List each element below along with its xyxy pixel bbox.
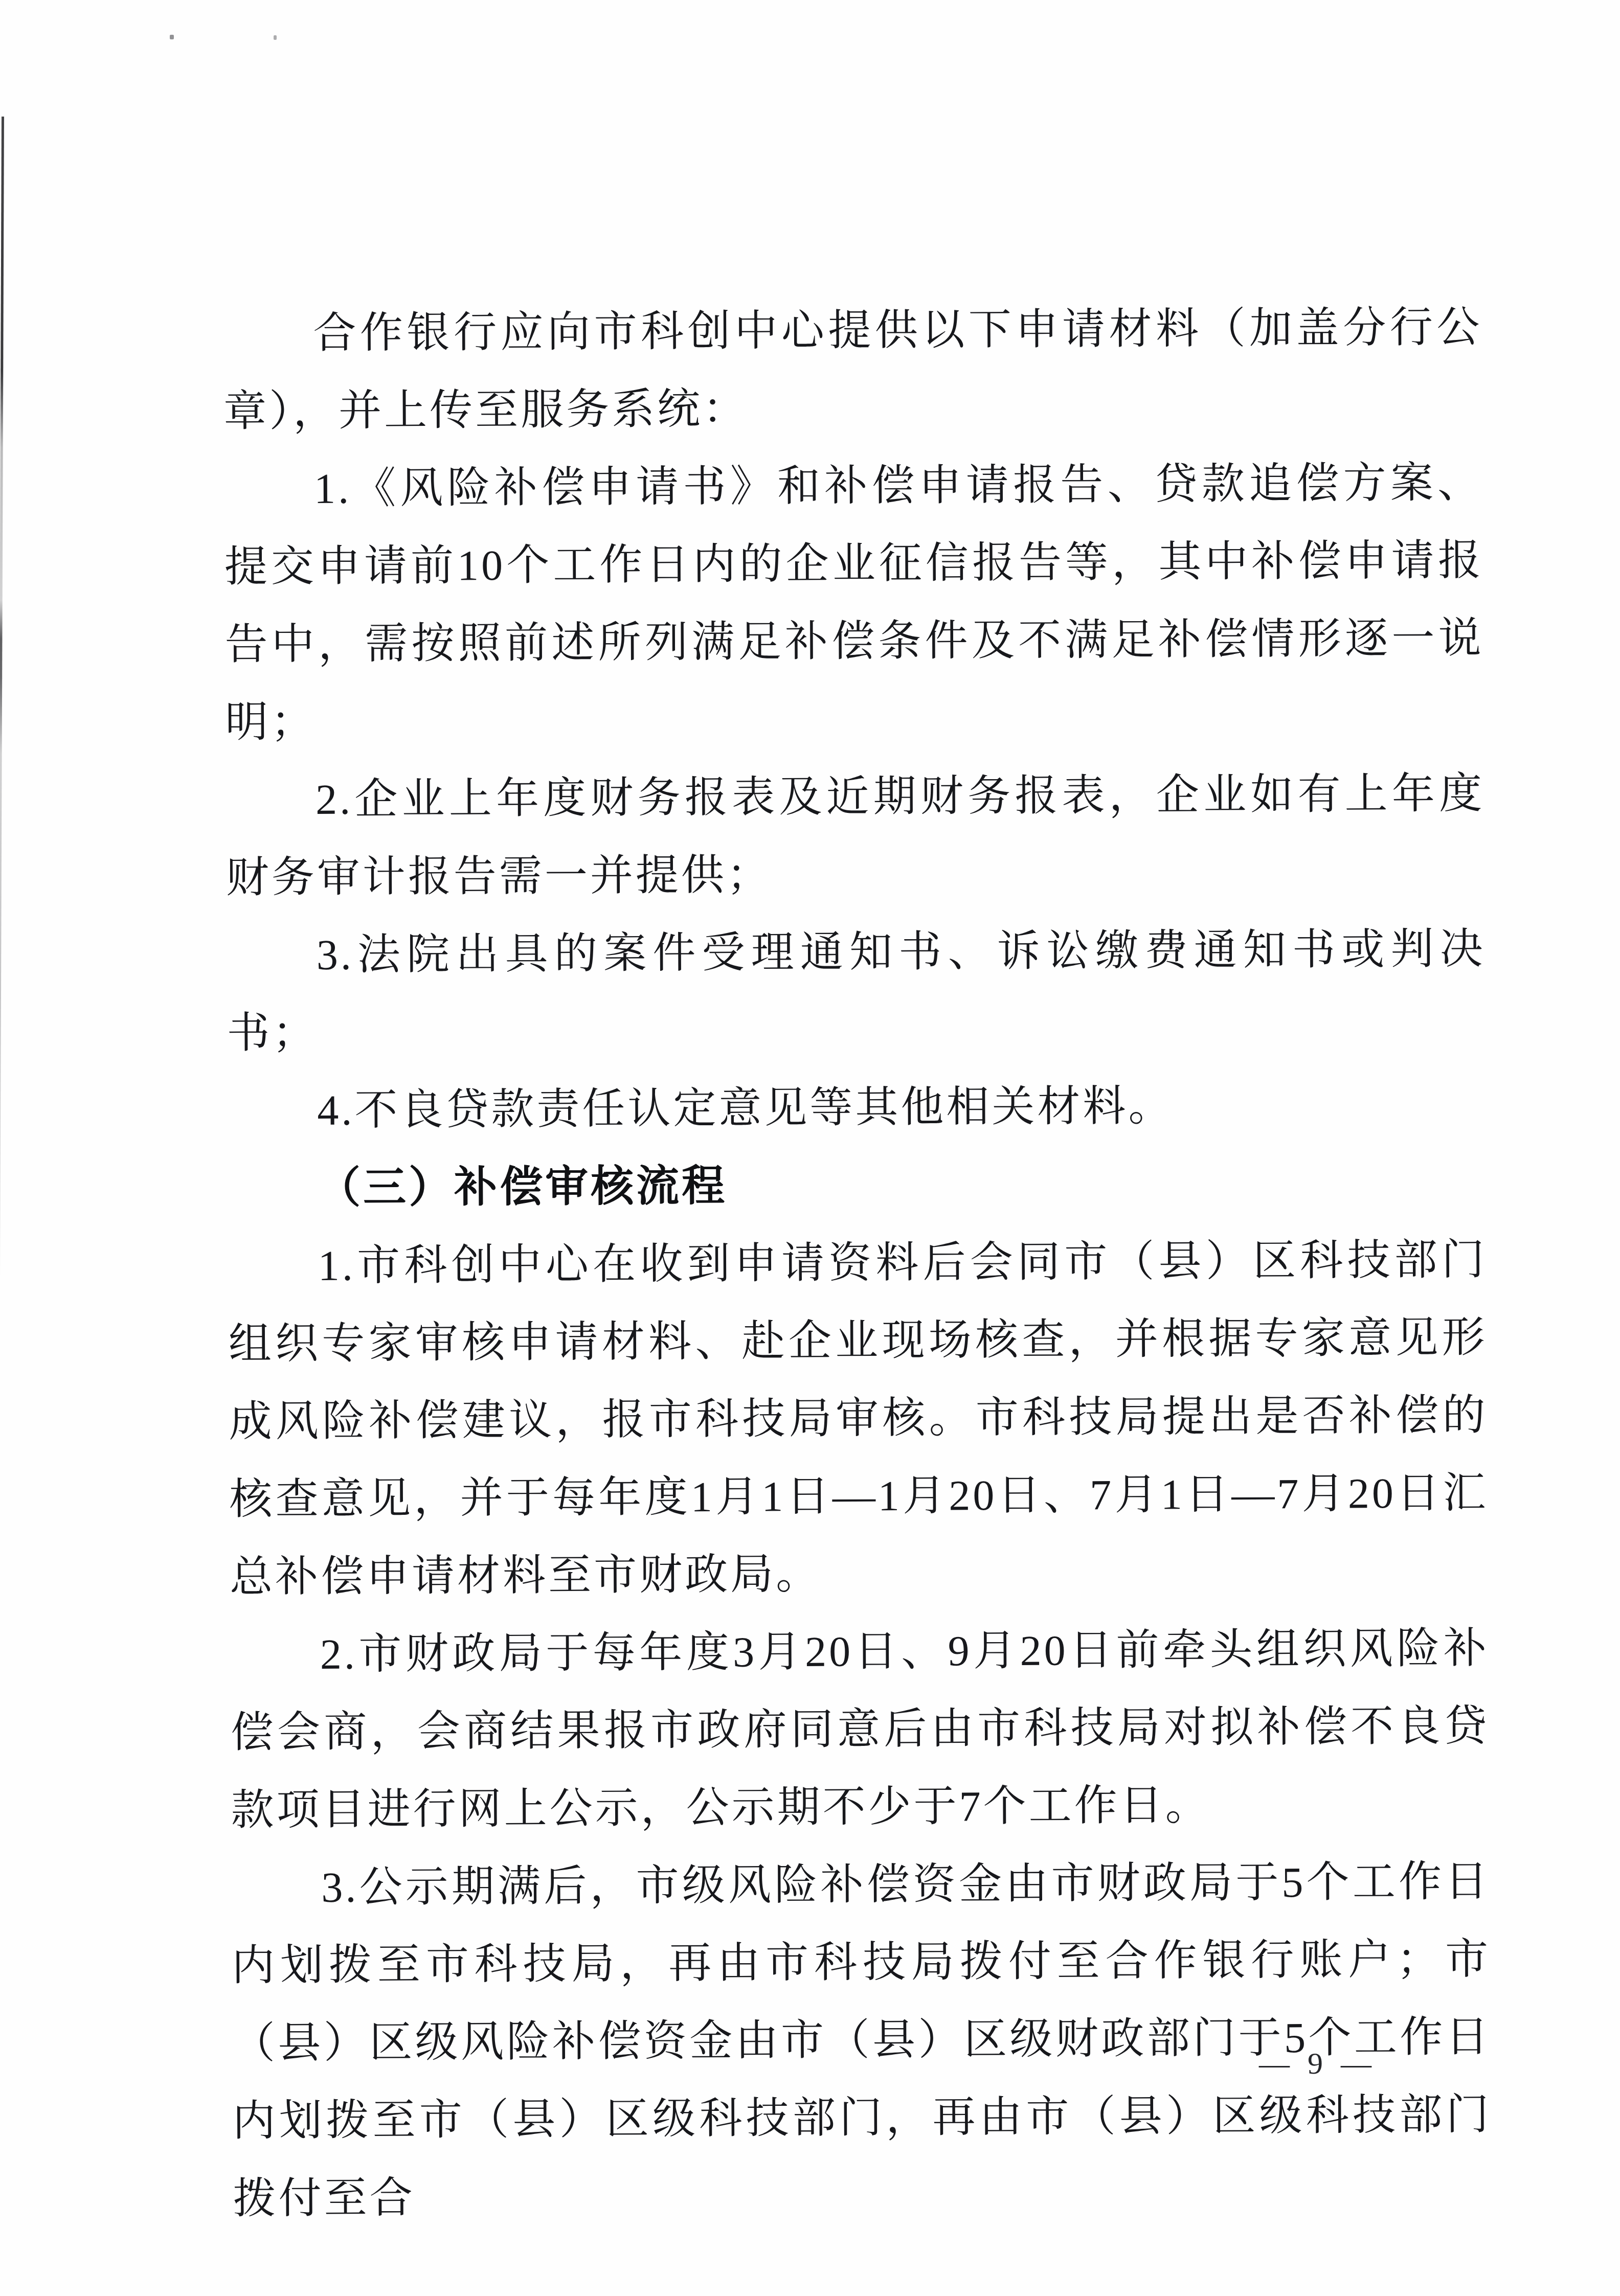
scan-speck-artifact <box>274 35 277 40</box>
scan-speck-artifact <box>170 35 174 39</box>
process-step-1: 1.市科创中心在收到申请资料后会同市（县）区科技部门组织专家审核申请材料、赴企业… <box>228 1221 1489 1617</box>
material-item-2: 2.企业上年度财务报表及近期财务报表，企业如有上年度财务审计报告需一并提供； <box>226 755 1486 917</box>
material-item-3: 3.法院出具的案件受理通知书、诉讼缴费通知书或判决书； <box>226 911 1486 1073</box>
material-item-1: 1.《风险补偿申请书》和补偿申请报告、贷款追偿方案、提交申请前10个工作日内的企… <box>224 444 1484 762</box>
scanned-document-page: 合作银行应向市科创中心提供以下申请材料（加盖分行公章），并上传至服务系统： 1.… <box>0 0 1620 2296</box>
document-body: 合作银行应向市科创中心提供以下申请材料（加盖分行公章），并上传至服务系统： 1.… <box>223 289 1492 2238</box>
material-item-4: 4.不良贷款责任认定意见等其他相关材料。 <box>227 1066 1487 1150</box>
section-heading-review-process: （三）补偿审核流程 <box>228 1144 1487 1228</box>
process-step-2: 2.市财政局于每年度3月20日、9月20日前牵头组织风险补偿会商，会商结果报市政… <box>230 1610 1490 1850</box>
intro-paragraph: 合作银行应向市科创中心提供以下申请材料（加盖分行公章），并上传至服务系统： <box>223 289 1483 451</box>
process-step-3: 3.公示期满后，市级风险补偿资金由市财政局于5个工作日内划拨至市科技局，再由市科… <box>231 1843 1492 2238</box>
page-number: — 9 — <box>1259 2046 1377 2081</box>
scan-edge-line-artifact <box>0 117 4 1390</box>
